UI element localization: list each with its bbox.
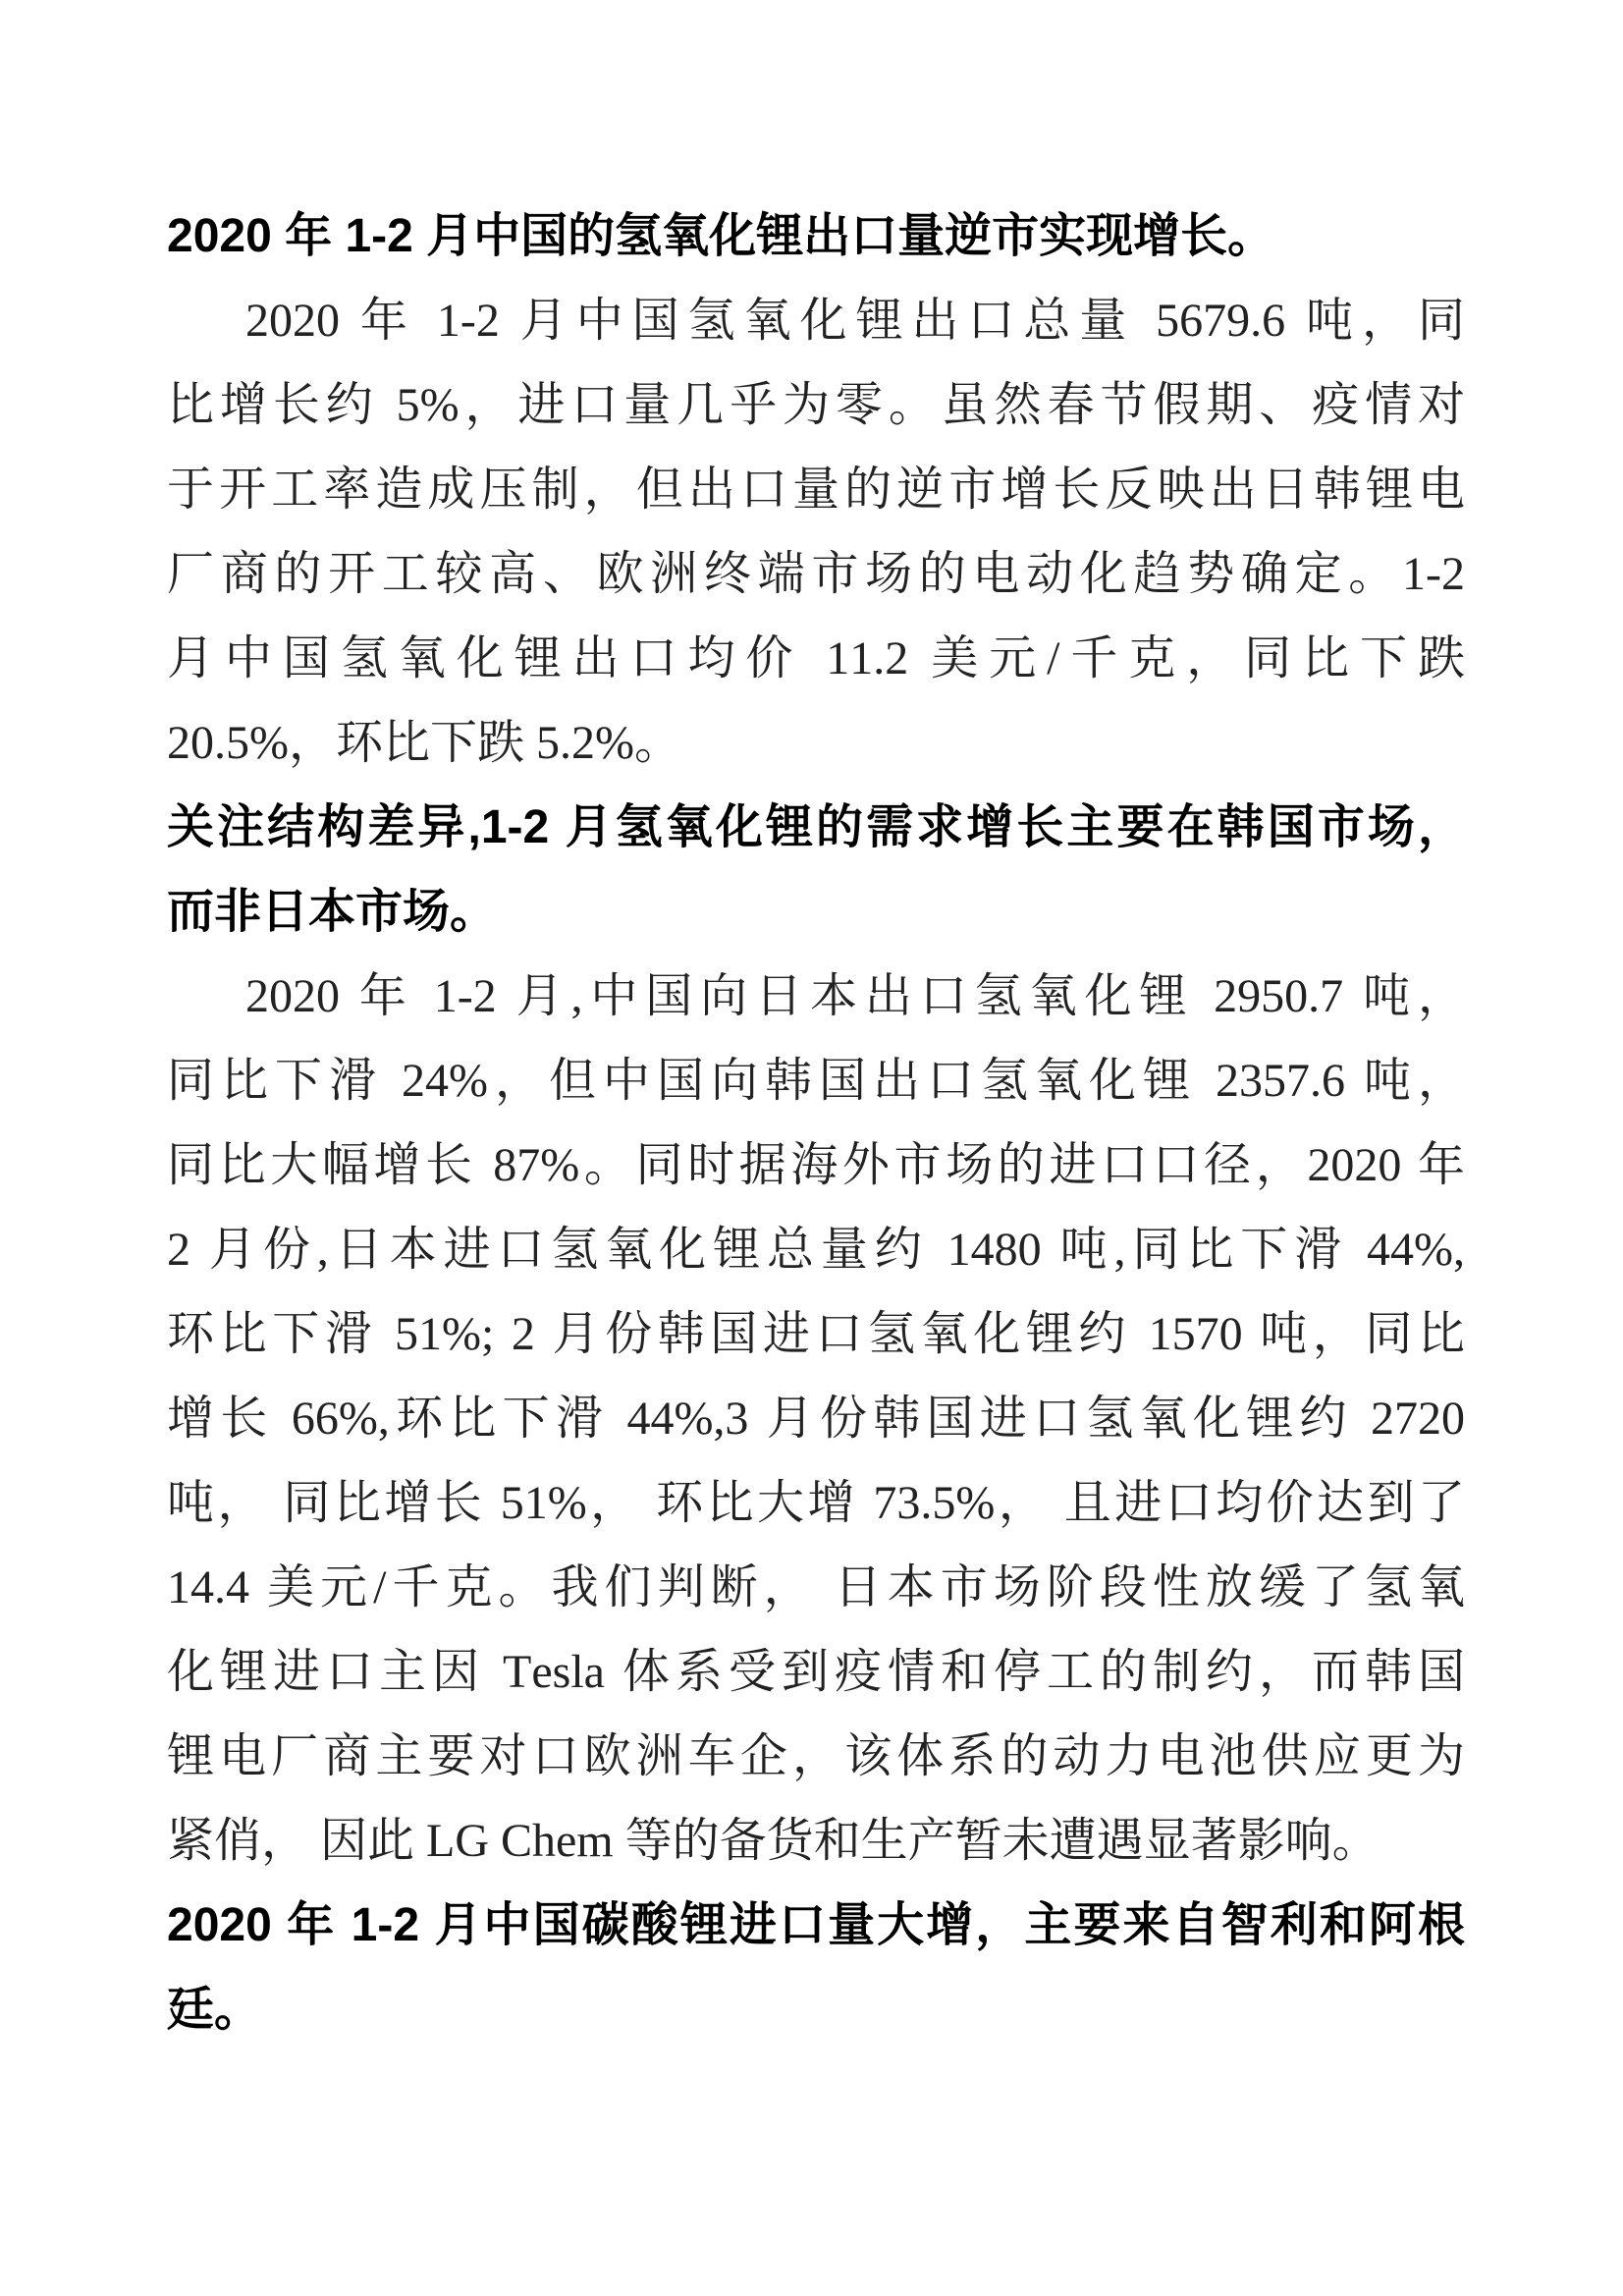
text-line: 增长 66%,环比下滑 44%,3 月份韩国进口氢氧化锂约 2720 <box>167 1377 1465 1461</box>
text-line: 锂电厂商主要对口欧洲车企，该体系的动力电池供应更为 <box>167 1715 1465 1799</box>
text-line: 同比下滑 24%，但中国向韩国出口氢氧化锂 2357.6 吨， <box>167 1039 1465 1123</box>
body-paragraph: 2020 年 1-2 月,中国向日本出口氢氧化锂 2950.7 吨，同比下滑 2… <box>167 955 1465 1884</box>
text-line: 2020 年 1-2 月中国的氢氧化锂出口量逆市实现增长。 <box>167 194 1465 279</box>
text-line: 20.5%，环比下跌 5.2%。 <box>167 701 1465 786</box>
text-line: 化锂进口主因 Tesla 体系受到疫情和停工的制约，而韩国 <box>167 1630 1465 1715</box>
section-heading: 关注结构差异,1-2 月氢氧化锂的需求增长主要在韩国市场，而非日本市场。 <box>167 786 1465 955</box>
text-line: 关注结构差异,1-2 月氢氧化锂的需求增长主要在韩国市场， <box>167 786 1465 870</box>
text-line: 2020 年 1-2 月,中国向日本出口氢氧化锂 2950.7 吨， <box>167 955 1465 1039</box>
text-line: 紧俏， 因此 LG Chem 等的备货和生产暂未遭遇显著影响。 <box>167 1799 1465 1884</box>
text-line: 同比大幅增长 87%。同时据海外市场的进口口径，2020 年 <box>167 1123 1465 1208</box>
document-page: 2020 年 1-2 月中国的氢氧化锂出口量逆市实现增长。2020 年 1-2 … <box>0 0 1623 2296</box>
text-line: 吨， 同比增长 51%， 环比大增 73.5%， 且进口均价达到了 <box>167 1461 1465 1546</box>
body-paragraph: 2020 年 1-2 月中国氢氧化锂出口总量 5679.6 吨，同比增长约 5%… <box>167 279 1465 786</box>
document-body: 2020 年 1-2 月中国的氢氧化锂出口量逆市实现增长。2020 年 1-2 … <box>167 194 1465 2052</box>
text-line: 月中国氢氧化锂出口均价 11.2 美元/千克，同比下跌 <box>167 617 1465 701</box>
text-line: 廷。 <box>167 1968 1465 2052</box>
text-line: 14.4 美元/千克。我们判断， 日本市场阶段性放缓了氢氧 <box>167 1546 1465 1630</box>
text-line: 2020 年 1-2 月中国碳酸锂进口量大增，主要来自智利和阿根 <box>167 1884 1465 1968</box>
text-line: 2020 年 1-2 月中国氢氧化锂出口总量 5679.6 吨，同 <box>167 279 1465 363</box>
section-heading: 2020 年 1-2 月中国的氢氧化锂出口量逆市实现增长。 <box>167 194 1465 279</box>
text-line: 2 月份,日本进口氢氧化锂总量约 1480 吨,同比下滑 44%, <box>167 1208 1465 1292</box>
text-line: 比增长约 5%，进口量几乎为零。虽然春节假期、疫情对 <box>167 363 1465 448</box>
text-line: 环比下滑 51%; 2 月份韩国进口氢氧化锂约 1570 吨，同比 <box>167 1292 1465 1377</box>
section-heading: 2020 年 1-2 月中国碳酸锂进口量大增，主要来自智利和阿根廷。 <box>167 1884 1465 2052</box>
text-line: 而非日本市场。 <box>167 870 1465 955</box>
text-line: 于开工率造成压制，但出口量的逆市增长反映出日韩锂电 <box>167 448 1465 532</box>
text-line: 厂商的开工较高、欧洲终端市场的电动化趋势确定。1-2 <box>167 532 1465 617</box>
